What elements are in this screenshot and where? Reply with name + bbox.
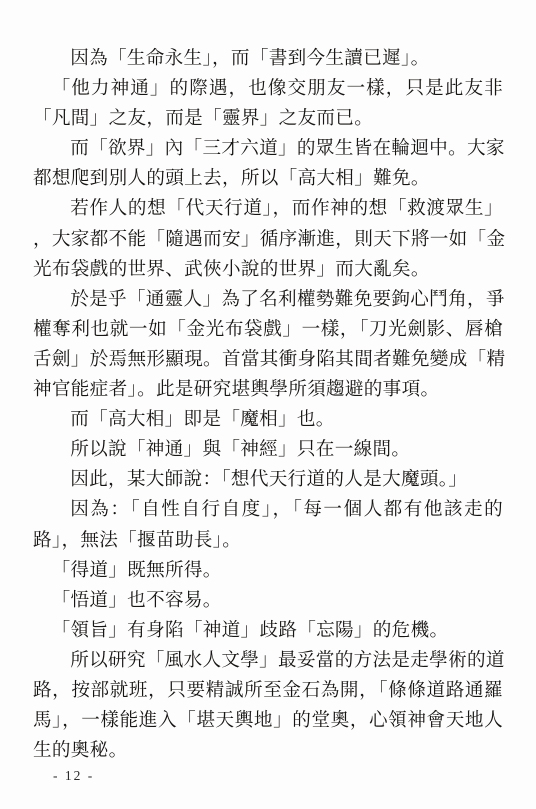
text-line: 因為：「自性自行自度」，「每一個人都有他該走的 [33,495,503,525]
text-line: 「凡間」之友，而是「靈界」之友而已。 [33,104,503,134]
text-line: 神官能症者」。此是研究堪輿學所須趨避的事項。 [33,375,503,405]
text-column: 因為「生命永生」，而「書到今生讀已遲」。 「他力神通」的際遇，也像交朋友一樣，只… [33,44,503,766]
text-line: 若作人的想「代天行道」，而作神的想「救渡眾生」 [33,194,503,224]
text-line: 路」，無法「揠苗助長」。 [33,526,503,556]
text-line: 都想爬到別人的頭上去，所以「高大相」難免。 [33,164,503,194]
text-line: 所以研究「風水人文學」最妥當的方法是走學術的道 [33,646,503,676]
text-line: 「領旨」有身陷「神道」歧路「忘陽」的危機。 [33,616,503,646]
text-line: 而「欲界」內「三才六道」的眾生皆在輪迴中。大家 [33,134,503,164]
text-line: 因此，某大師說：「想代天行道的人是大魔頭。」 [33,465,503,495]
text-line: 馬」，一樣能進入「堪天輿地」的堂奧，心領神會天地人 [33,706,503,736]
text-line: 「得道」既無所得。 [33,556,503,586]
text-line: 於是乎「通靈人」為了名利權勢難免要鉤心鬥角，爭 [33,285,503,315]
text-line: 權奪利也就一如「金光布袋戲」一樣，「刀光劍影、唇槍 [33,315,503,345]
text-line: 路，按部就班，只要精誠所至金石為開，「條條道路通羅 [33,676,503,706]
text-line: 光布袋戲的世界、武俠小說的世界」而大亂矣。 [33,255,503,285]
text-line: 而「高大相」即是「魔相」也。 [33,405,503,435]
text-line: 「他力神通」的際遇，也像交朋友一樣，只是此友非 [33,74,503,104]
document-page: 因為「生命永生」，而「書到今生讀已遲」。 「他力神通」的際遇，也像交朋友一樣，只… [0,0,536,809]
page-number: - 12 - [53,768,94,784]
text-line: 因為「生命永生」，而「書到今生讀已遲」。 [33,44,503,74]
text-line: 「悟道」也不容易。 [33,586,503,616]
text-line: 所以說「神通」與「神經」只在一線間。 [33,435,503,465]
text-line: 舌劍」於焉無形顯現。首當其衝身陷其間者難免變成「精 [33,345,503,375]
text-line: 生的奧秘。 [33,736,503,766]
text-line: ，大家都不能「隨遇而安」循序漸進，則天下將一如「金 [33,225,503,255]
